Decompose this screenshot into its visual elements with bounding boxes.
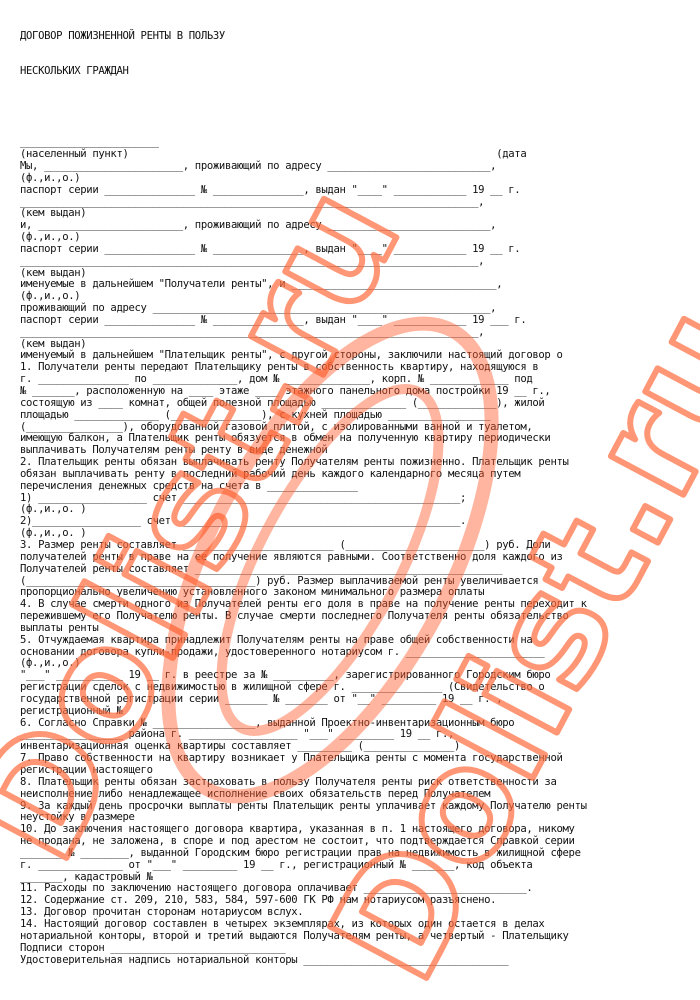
document-line: регистрационный №	[20, 706, 690, 718]
document-line: Мы, _______________________, проживающий…	[20, 161, 690, 173]
document-line: ________________________________________…	[20, 327, 690, 339]
document-line: 8. Плательщик ренты обязан застраховать …	[20, 777, 690, 789]
spacer	[20, 102, 690, 114]
document-line: выплаты ренты	[20, 623, 690, 635]
document-line: 5. Отчуждаемая квартира принадлежит Полу…	[20, 635, 690, 647]
document-line: обязан выплачивать ренту в последний раб…	[20, 469, 690, 481]
document-line: паспорт серии _______________ № ________…	[20, 244, 690, 256]
document-line: получателей ренты в праве на ее получени…	[20, 552, 690, 564]
document-line: паспорт серии _______________ № ________…	[20, 315, 690, 327]
document-line: (ф.,и.,о.)	[20, 173, 690, 185]
document-line: 2)__________________ счет ______________…	[20, 516, 690, 528]
document-line: паспорт серии _______________ № ________…	[20, 185, 690, 197]
document-line: именуемые в дальнейшем "Получатели ренты…	[20, 279, 690, 291]
document-line: основании договора купли-продажи, удосто…	[20, 647, 690, 659]
document-title-line-2: НЕСКОЛЬКИХ ГРАЖДАН	[20, 66, 690, 78]
document-title-line-1: ДОГОВОР ПОЖИЗНЕННОЙ РЕНТЫ В ПОЛЬЗУ	[20, 31, 690, 43]
document-line: 1) __________________ счет _____________…	[20, 493, 690, 505]
document-line: Подписи сторон _________________________…	[20, 943, 690, 955]
document-line: Получателей ренты составляет ___________…	[20, 564, 690, 576]
document-line: государственной регистрации серии ______…	[20, 694, 690, 706]
document-line: Удостоверительная надпись нотариальной к…	[20, 955, 690, 967]
document-line: пережившему его Получателю ренты. В случ…	[20, 611, 690, 623]
contract-document: ДОГОВОР ПОЖИЗНЕННОЙ РЕНТЫ В ПОЛЬЗУ НЕСКО…	[20, 7, 690, 978]
document-line: нотариальной конторы, второй и третий вы…	[20, 931, 690, 943]
document-line: ________________________________________…	[20, 256, 690, 268]
document-line: _______ № ________, выданной Городским б…	[20, 848, 690, 860]
document-line: неисполнение либо ненадлежащее исполнени…	[20, 789, 690, 801]
document-line: площадью ______________ (_______________…	[20, 410, 690, 422]
document-line: перечисления денежных средств на счета в…	[20, 481, 690, 493]
document-line: состоящую из ____ комнат, общей полезной…	[20, 398, 690, 410]
document-body: _______________________(населенный пункт…	[20, 137, 690, 966]
document-line: ________________________________________…	[20, 197, 690, 209]
document-line: и, ________________________, проживающий…	[20, 220, 690, 232]
document-line: г. ______________ от "___" _________ 19 …	[20, 860, 690, 872]
